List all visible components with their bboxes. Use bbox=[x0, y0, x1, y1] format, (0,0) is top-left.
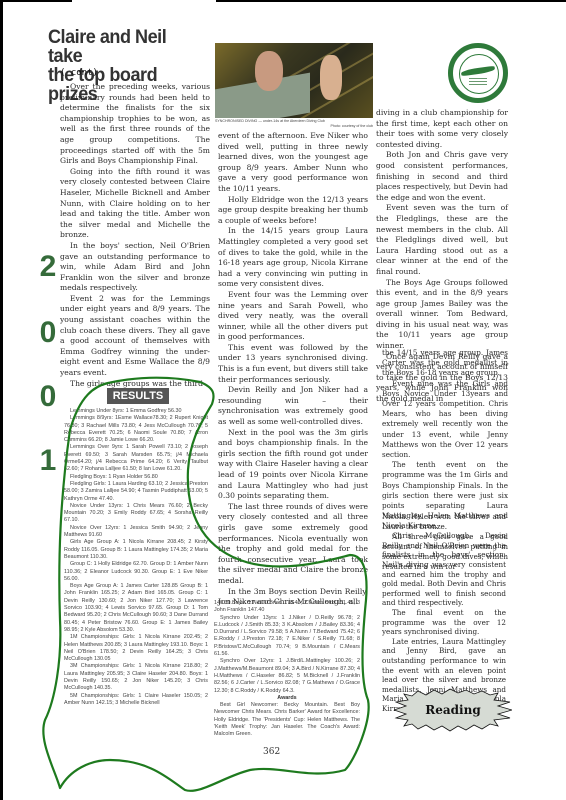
club-logo-icon bbox=[448, 43, 508, 103]
awards-text: Best Girl Newcomer: Becky Mountain. Best… bbox=[214, 702, 360, 738]
year-digit: 0 bbox=[36, 380, 60, 414]
article-paragraph: Devin Reilly and Jon Niker had a resound… bbox=[218, 385, 368, 427]
result-entry: Synchro Under 13yrs: 1 J.Niker / D.Reill… bbox=[214, 615, 360, 659]
article-paragraph: Event four was the Lemming over nine yea… bbox=[218, 290, 368, 343]
stamp-label: Reading bbox=[394, 688, 512, 732]
article-paragraph: event of the afternoon. Eve Niker who di… bbox=[218, 131, 368, 195]
year-digit: 0 bbox=[36, 316, 60, 350]
article-paragraph: Both Jon and Chris gave very good consis… bbox=[376, 150, 508, 203]
diving-photo bbox=[215, 43, 373, 118]
results-column-1: Lemmings Under 8yrs: 1 Emma Godfrey 56.3… bbox=[64, 408, 208, 707]
result-entry: Girls Age Group A: 1 Nicola Kirrane 208.… bbox=[64, 539, 208, 561]
result-entry: Novice Over 12yrs: 1 Jessica Smith 94.90… bbox=[64, 525, 208, 540]
article-paragraph: Going into the fifth round it was very c… bbox=[60, 167, 210, 241]
result-entry: Lemmings 8/9yrs: 1Esme Wallace78.30; 2 R… bbox=[64, 415, 208, 444]
article-paragraph: Over the preceding weeks, various prelim… bbox=[60, 82, 210, 167]
article-paragraph: In the 14/15 years group Laura Mattingle… bbox=[218, 226, 368, 290]
article-paragraph: Event seven was the turn of the Fledglin… bbox=[376, 203, 508, 277]
article-paragraph: the 14/15 years age group. James Carter … bbox=[382, 348, 508, 379]
results-column-2: 140.39.Boys: 1 Neil O'Brien 178.40; 2 Ad… bbox=[214, 600, 360, 739]
article-column-2: event of the afternoon. Eve Niker who di… bbox=[218, 131, 368, 608]
article-paragraph: Event nine was the Girls and Boys Novice… bbox=[382, 379, 508, 461]
page-border-top bbox=[216, 0, 566, 2]
result-entry: 3M Championships: Girls: 1 Nicola Kirran… bbox=[64, 663, 208, 692]
result-entry: Novice Under 13yrs: 1 Chris Mears 76.60;… bbox=[64, 503, 208, 525]
results-heading: RESULTS bbox=[107, 388, 169, 404]
article-paragraph: Next in the pool was the 3m girls and bo… bbox=[218, 428, 368, 502]
year-digit: 2 bbox=[36, 250, 60, 284]
article-paragraph: The last three rounds of dives were very… bbox=[218, 502, 368, 587]
continued-note: ( cont) bbox=[60, 68, 98, 78]
article-paragraph: Nicola. Helen won the silver and Laura t… bbox=[382, 512, 506, 531]
result-entry: Synchro Over 12yrs: 1 J.Bird/L.Mattingle… bbox=[214, 658, 360, 694]
result-entry: Boys Age Group A: 1 James Carter 128.85 … bbox=[64, 583, 208, 634]
article-paragraph: diving in a club championship for the fi… bbox=[376, 108, 508, 150]
article-column-3c: Nicola. Helen won the silver and Laura t… bbox=[382, 512, 506, 713]
diver-figure bbox=[320, 55, 342, 100]
result-entry: Lemmings Under 8yrs: 1 Emma Godfrey 56.3… bbox=[64, 408, 208, 415]
reading-stamp: Reading bbox=[394, 688, 512, 732]
page-number: 362 bbox=[263, 747, 280, 757]
article-paragraph: Chris McCullough, Devin Reilly and Neil … bbox=[382, 531, 506, 608]
page-border-top bbox=[0, 0, 72, 2]
result-entry: 1M Championships: Girls: 1 Nicola Kirran… bbox=[64, 634, 208, 663]
year-digit: 1 bbox=[36, 444, 60, 478]
article-column-1: Over the preceding weeks, various prelim… bbox=[60, 82, 210, 389]
result-entry: Group C: 1 Holly Eldridge 62.70. Group D… bbox=[64, 561, 208, 583]
photo-caption: SYNCHRONISED DIVING — under-14s at the A… bbox=[215, 119, 373, 128]
article-paragraph: Holly Eldridge won the 12/13 years age g… bbox=[218, 195, 368, 227]
awards-heading: Awards bbox=[214, 695, 360, 702]
result-entry: Fledgling Girls: 1 Laura Harding 63.10; … bbox=[64, 481, 208, 503]
headline-line-1: Claire and Neil take bbox=[48, 28, 200, 66]
result-entry: Fledgling Boys: 1 Ryan Holder 56.80 bbox=[64, 474, 208, 481]
article-paragraph: The Boys Age Groups followed this event,… bbox=[376, 278, 508, 352]
article-paragraph: The final event on the programme was the… bbox=[382, 608, 506, 637]
article-paragraph: In the boys' section, Neil O'Brien gave … bbox=[60, 241, 210, 294]
result-entry: 5M Championships: Girls: 1 Claire Hasele… bbox=[64, 693, 208, 708]
article-paragraph: This event was followed by the under 13 … bbox=[218, 343, 368, 385]
result-entry: 140.39.Boys: 1 Neil O'Brien 178.40; 2 Ad… bbox=[214, 600, 360, 615]
article-paragraph: Event 2 was for the Lemmings under eight… bbox=[60, 294, 210, 379]
diver-figure bbox=[255, 51, 283, 91]
result-entry: Lemmings Over 9yrs: 1 Sarah Powell 73.10… bbox=[64, 444, 208, 473]
page-border-left bbox=[0, 0, 3, 800]
